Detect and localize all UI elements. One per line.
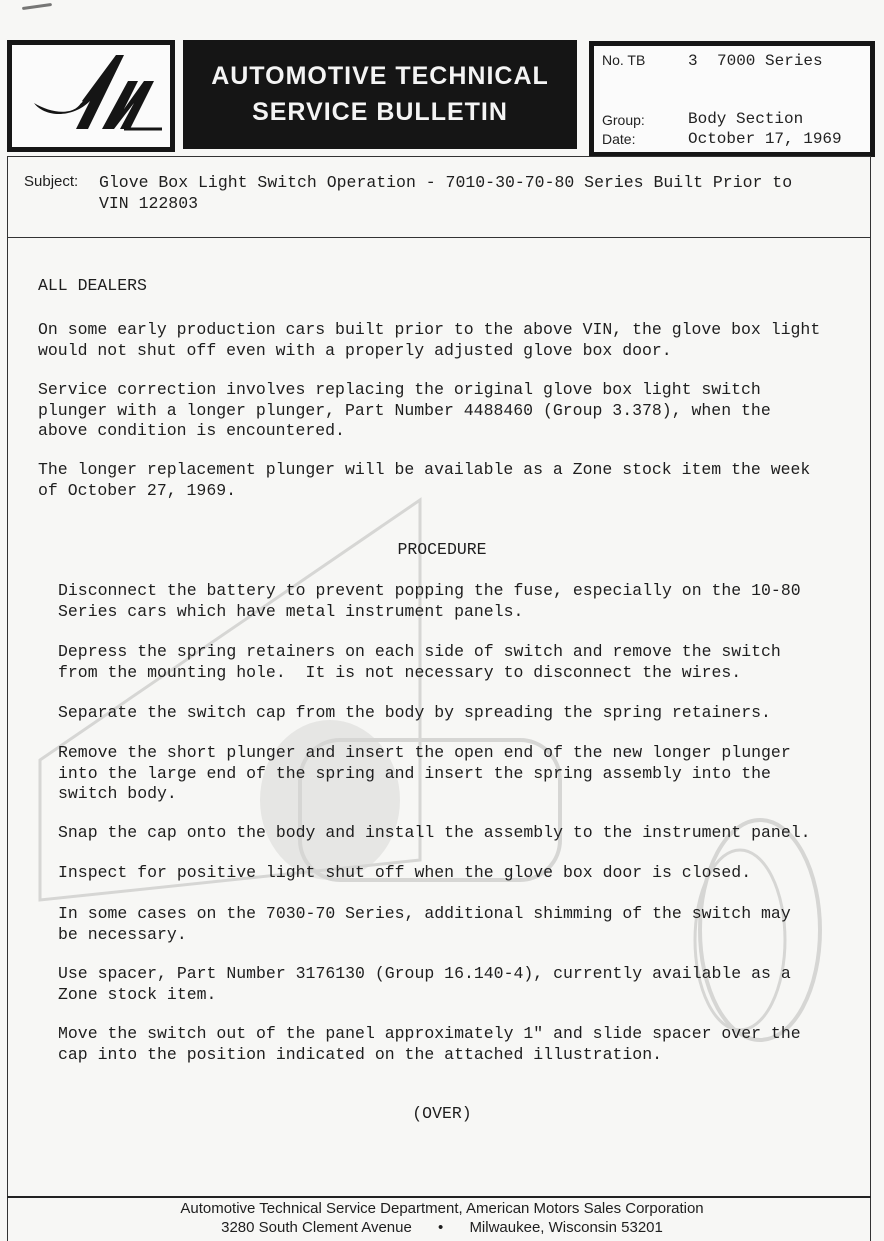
footer-city: Milwaukee, Wisconsin 53201 xyxy=(469,1219,662,1236)
procedure-step-5: Snap the cap onto the body and install t… xyxy=(58,823,848,844)
date-value: October 17, 1969 xyxy=(688,130,842,148)
page-frame xyxy=(7,156,871,1241)
number-label: No. TB xyxy=(602,52,645,68)
subject-label: Subject: xyxy=(24,173,78,190)
paper-mark xyxy=(22,3,52,10)
footer-department: Automotive Technical Service Department,… xyxy=(0,1200,884,1217)
over-note: (OVER) xyxy=(0,1104,884,1125)
footer-street: 3280 South Clement Avenue xyxy=(221,1219,412,1236)
intro-paragraph-1: On some early production cars built prio… xyxy=(38,320,848,361)
title-line-1: AUTOMOTIVE TECHNICAL xyxy=(183,62,577,91)
group-value: Body Section xyxy=(688,110,803,128)
subject-divider xyxy=(7,237,871,238)
footer-separator: • xyxy=(438,1219,443,1236)
procedure-step-1: Disconnect the battery to prevent poppin… xyxy=(58,581,848,622)
procedure-step-9: Move the switch out of the panel approxi… xyxy=(58,1024,848,1065)
am-logo xyxy=(7,40,175,152)
series-value: 7000 Series xyxy=(717,52,823,70)
procedure-step-2: Depress the spring retainers on each sid… xyxy=(58,642,848,683)
procedure-heading: PROCEDURE xyxy=(0,540,884,561)
procedure-step-8: Use spacer, Part Number 3176130 (Group 1… xyxy=(58,964,848,1005)
procedure-step-4: Remove the short plunger and insert the … xyxy=(58,743,848,805)
group-label: Group: xyxy=(602,112,645,128)
bulletin-title-banner: AUTOMOTIVE TECHNICAL SERVICE BULLETIN xyxy=(183,40,577,149)
salutation: ALL DEALERS xyxy=(38,276,848,297)
am-logo-icon xyxy=(20,51,165,139)
intro-paragraph-3: The longer replacement plunger will be a… xyxy=(38,460,848,501)
footer-address: 3280 South Clement Avenue • Milwaukee, W… xyxy=(0,1219,884,1236)
subject-text: Glove Box Light Switch Operation - 7010-… xyxy=(99,172,819,214)
number-value: 3 xyxy=(688,52,698,70)
date-label: Date: xyxy=(602,131,635,147)
procedure-step-6: Inspect for positive light shut off when… xyxy=(58,863,848,884)
procedure-step-3: Separate the switch cap from the body by… xyxy=(58,703,848,724)
bulletin-info-box: No. TB 3 7000 Series Group: Body Section… xyxy=(589,41,875,157)
intro-paragraph-2: Service correction involves replacing th… xyxy=(38,380,848,442)
title-line-2: SERVICE BULLETIN xyxy=(183,98,577,127)
procedure-step-7: In some cases on the 7030-70 Series, add… xyxy=(58,904,848,945)
footer-divider xyxy=(7,1196,871,1198)
